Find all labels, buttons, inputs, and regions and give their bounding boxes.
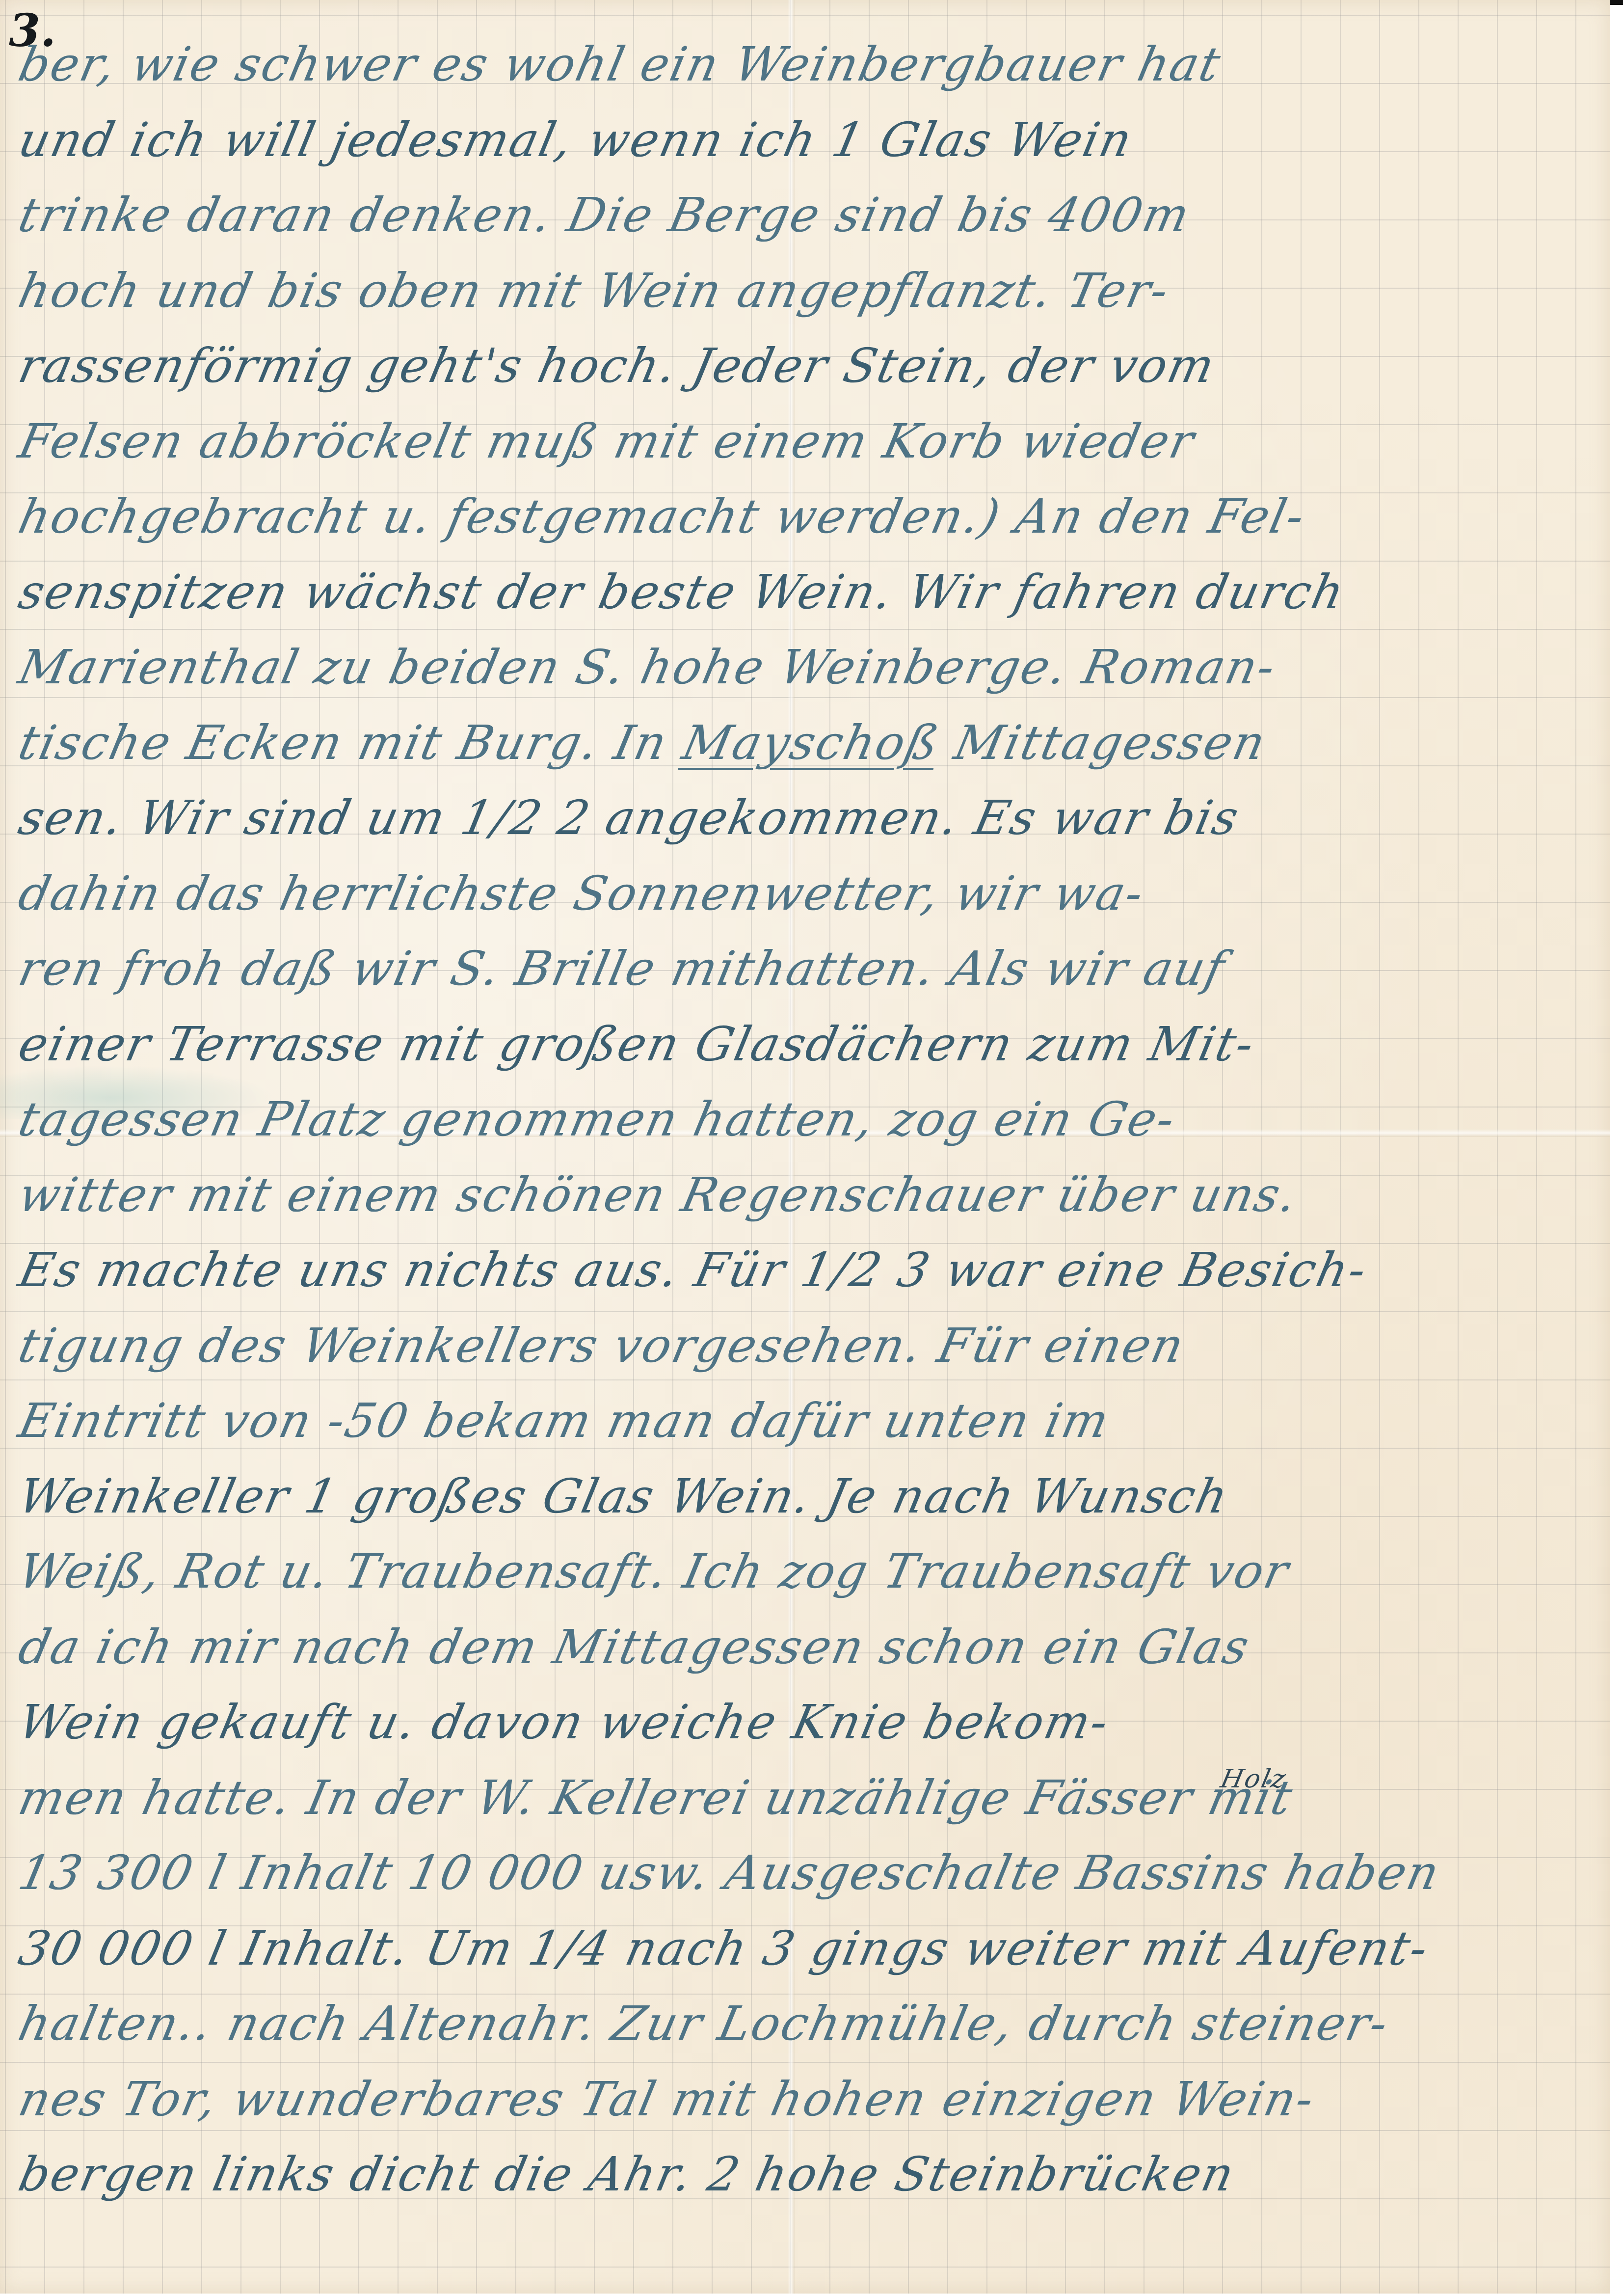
text-line: rassenförmig geht's hoch. Jeder Stein, d… [12, 328, 1598, 404]
text-line: einer Terrasse mit großen Glasdächern zu… [12, 1007, 1598, 1082]
text-line: und ich will jedesmal, wenn ich 1 Glas W… [12, 103, 1598, 178]
text-segment: dahin das herrlichste Sonnenwetter, wir … [14, 866, 1149, 921]
text-line: tigung des Weinkellers vorgesehen. Für e… [12, 1308, 1598, 1384]
text-line: halten.. nach Altenahr. Zur Lochmühle, d… [12, 1986, 1598, 2062]
text-segment: halten.. nach Altenahr. Zur Lochmühle, d… [14, 1996, 1394, 2051]
text-segment: witter mit einem schönen Regenschauer üb… [14, 1167, 1303, 1222]
underlined-place-name: Mayschoß [678, 715, 945, 770]
scan-edge-strip [1609, 0, 1623, 5]
text-segment: Eintritt von -50 bekam man dafür unten i… [14, 1393, 1115, 1448]
text-segment: nes Tor, wunderbares Tal mit hohen einzi… [14, 2072, 1320, 2127]
text-line: bergen links dicht die Ahr. 2 hohe Stein… [12, 2137, 1598, 2213]
text-line: Weiß, Rot u. Traubensaft. Ich zog Traube… [12, 1534, 1598, 1610]
text-line: trinke daran denken. Die Berge sind bis … [12, 178, 1598, 253]
text-segment: bergen links dicht die Ahr. 2 hohe Stein… [14, 2147, 1240, 2202]
text-segment: hochgebracht u. festgemacht werden.) An … [14, 489, 1310, 544]
text-segment: ren froh daß wir S. Brille mithatten. Al… [14, 941, 1230, 996]
text-line: sen. Wir sind um 1/2 2 angekommen. Es wa… [12, 781, 1598, 856]
text-line: nes Tor, wunderbares Tal mit hohen einzi… [12, 2062, 1598, 2137]
text-line: ren froh daß wir S. Brille mithatten. Al… [12, 931, 1598, 1007]
text-segment: trinke daran denken. Die Berge sind bis … [14, 188, 1195, 243]
text-segment: tagessen Platz genommen hatten, zog ein … [14, 1092, 1181, 1147]
text-segment: Weiß, Rot u. Traubensaft. Ich zog Traube… [14, 1544, 1295, 1599]
text-segment: tigung des Weinkellers vorgesehen. Für e… [14, 1318, 1190, 1373]
text-segment: da ich mir nach dem Mittagessen schon ei… [14, 1620, 1255, 1675]
text-line: Marienthal zu beiden S. hohe Weinberge. … [12, 630, 1598, 705]
handwritten-text-body: ber, wie schwer es wohl ein Weinbergbaue… [20, 27, 1590, 2213]
text-segment: und ich will jedesmal, wenn ich 1 Glas W… [14, 112, 1138, 167]
text-segment: 13 300 l Inhalt 10 000 usw. Ausgeschalte… [14, 1845, 1445, 1900]
text-line: 13 300 l Inhalt 10 000 usw. Ausgeschalte… [12, 1836, 1598, 1911]
text-line: da ich mir nach dem Mittagessen schon ei… [12, 1610, 1598, 1685]
text-segment: Es machte uns nichts aus. Für 1/2 3 war … [14, 1243, 1372, 1297]
letter-page: 3. ber, wie schwer es wohl ein Weinbergb… [0, 0, 1610, 2294]
text-segment: senspitzen wächst der beste Wein. Wir fa… [14, 565, 1350, 620]
text-segment: 30 000 l Inhalt. Um 1/4 nach 3 gings wei… [14, 1921, 1434, 1976]
text-segment: rassenförmig geht's hoch. Jeder Stein, d… [14, 338, 1221, 393]
text-line: Wein gekauft u. davon weiche Knie bekom- [12, 1685, 1598, 1760]
text-segment: einer Terrasse mit großen Glasdächern zu… [14, 1017, 1260, 1072]
text-line: 30 000 l Inhalt. Um 1/4 nach 3 gings wei… [12, 1911, 1598, 1987]
text-segment: sen. Wir sind um 1/2 2 angekommen. Es wa… [14, 790, 1245, 845]
text-line: tagessen Platz genommen hatten, zog ein … [12, 1082, 1598, 1158]
text-segment: Marienthal zu beiden S. hohe Weinberge. … [14, 640, 1281, 695]
text-line: hoch und bis oben mit Wein angepflanzt. … [12, 253, 1598, 329]
text-line: Felsen abbröckelt muß mit einem Korb wie… [12, 404, 1598, 480]
text-segment: Mittagessen [933, 715, 1271, 770]
text-line: hochgebracht u. festgemacht werden.) An … [12, 479, 1598, 555]
text-segment: Felsen abbröckelt muß mit einem Korb wie… [14, 414, 1200, 469]
text-line: men hatte. In der W. Kellerei unzählige … [12, 1760, 1598, 1836]
text-segment: men hatte. In der W. Kellerei unzählige … [14, 1770, 1298, 1825]
text-line: dahin das herrlichste Sonnenwetter, wir … [12, 856, 1598, 932]
text-line: tische Ecken mit Burg. In Mayschoß Mitta… [12, 705, 1598, 781]
text-line: ber, wie schwer es wohl ein Weinbergbaue… [12, 27, 1598, 103]
text-line: Weinkeller 1 großes Glas Wein. Je nach W… [12, 1459, 1598, 1535]
text-segment: hoch und bis oben mit Wein angepflanzt. … [14, 263, 1174, 318]
text-segment: Wein gekauft u. davon weiche Knie bekom- [14, 1695, 1114, 1750]
text-segment: tische Ecken mit Burg. In [14, 715, 689, 770]
text-line: witter mit einem schönen Regenschauer üb… [12, 1158, 1598, 1233]
text-line: Eintritt von -50 bekam man dafür unten i… [12, 1383, 1598, 1459]
text-segment: Weinkeller 1 großes Glas Wein. Je nach W… [14, 1469, 1234, 1524]
text-line: senspitzen wächst der beste Wein. Wir fa… [12, 555, 1598, 630]
text-line: Es machte uns nichts aus. Für 1/2 3 war … [12, 1233, 1598, 1308]
text-segment: ber, wie schwer es wohl ein Weinbergbaue… [14, 37, 1226, 92]
